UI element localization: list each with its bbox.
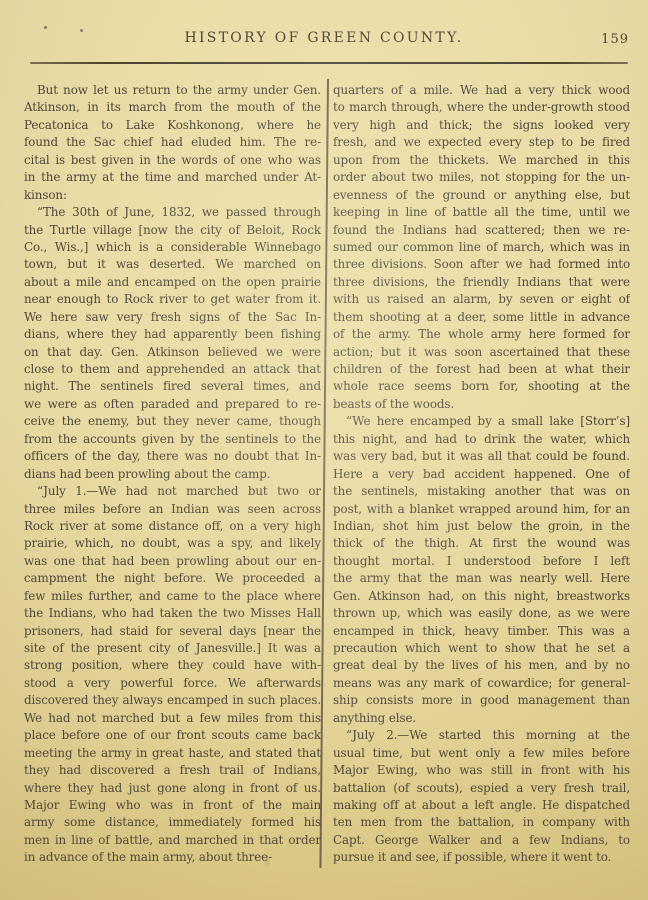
text-line: very high and thick; the signs looked ve… <box>333 117 630 134</box>
text-line: usual time, but went only a few miles be… <box>333 745 630 762</box>
text-line: with us raised an alarm, by seven or eig… <box>333 291 630 308</box>
text-line: encamped in thick, heavy timber. This wa… <box>333 623 630 640</box>
text-line: about a mile and encamped on the open pr… <box>24 274 321 291</box>
text-line: was very bad, but it was all that could … <box>333 448 630 465</box>
text-line: Gen. Atkinson had, on this night, breast… <box>333 588 630 605</box>
running-title: HISTORY OF GREEN COUNTY. <box>30 30 618 46</box>
text-line: We here saw very fresh signs of the Sac … <box>24 309 321 326</box>
text-line: cital is best given in the words of one … <box>24 152 321 169</box>
text-line: night. The sentinels fired several times… <box>24 378 321 395</box>
text-line: close to them and apprehended an attack … <box>24 361 321 378</box>
text-line: Atkinson, in its march from the mouth of… <box>24 99 321 116</box>
text-line: the army that the man was nearly well. H… <box>333 570 630 587</box>
text-line: dians had been prowling about the camp. <box>24 466 321 483</box>
text-line: Co., Wis.,] which is a considerable Winn… <box>24 239 321 256</box>
ink-speck <box>44 26 47 29</box>
text-line: dians, where they had apparently been fi… <box>24 326 321 343</box>
text-line: means was any mark of cowardice; for gen… <box>333 675 630 692</box>
text-line: thick of the thigh. At first the wound w… <box>333 535 630 552</box>
page-number: 159 <box>601 32 629 47</box>
book-page: HISTORY OF GREEN COUNTY. 159 But now let… <box>0 0 648 900</box>
text-line: Indian, shot him just below the groin, i… <box>333 518 630 535</box>
text-line: we were as often paraded and prepared to… <box>24 396 321 413</box>
text-line: Major Ewing, who was still in front with… <box>333 762 630 779</box>
text-line: kinson: <box>24 187 321 204</box>
text-line: beasts of the woods. <box>333 396 630 413</box>
text-line: discovered they always encamped in such … <box>24 692 321 709</box>
text-line: on that day. Gen. Atkinson believed we w… <box>24 344 321 361</box>
text-line: “The 30th of June, 1832, we passed throu… <box>24 204 321 221</box>
text-line: three miles before an Indian was seen ac… <box>24 501 321 518</box>
text-line: found the Indians had scattered; then we… <box>333 222 630 239</box>
header-rule <box>30 62 628 64</box>
text-line: of the army. The whole army here formed … <box>333 326 630 343</box>
text-line: “We here encamped by a small lake [Storr… <box>333 413 630 430</box>
text-line: pursue it and see, if possible, where it… <box>333 849 630 866</box>
text-line: ship consists more in good management th… <box>333 692 630 709</box>
text-line: Here a very bad accident happened. One o… <box>333 466 630 483</box>
text-line: ten men from the battalion, in company w… <box>333 814 630 831</box>
text-line: in advance of the main army, about three… <box>24 849 321 866</box>
text-line: where they had just gone along in front … <box>24 780 321 797</box>
text-line: whole race seems born for, shooting at t… <box>333 378 630 395</box>
text-line: three divisions. Soon after we had forme… <box>333 256 630 273</box>
text-line: order about two miles, not stopping for … <box>333 169 630 186</box>
text-line: thought mortal. I understood before I le… <box>333 553 630 570</box>
text-line: from the accounts given by the sentinels… <box>24 431 321 448</box>
text-line: sumed our common line of march, which wa… <box>333 239 630 256</box>
text-line: meeting the army in great haste, and sta… <box>24 745 321 762</box>
text-line: town, but it was deserted. We marched on <box>24 256 321 273</box>
text-line: to march through, where the under-growth… <box>333 99 630 116</box>
text-line: the Turtle village [now the city of Belo… <box>24 222 321 239</box>
text-line: was one that had been prowling about our… <box>24 553 321 570</box>
text-line: them shooting at a deer, some little in … <box>333 309 630 326</box>
text-line: stood a very powerful force. We afterwar… <box>24 675 321 692</box>
text-line: the sentinels, mistaking another that wa… <box>333 483 630 500</box>
text-line: anything else. <box>333 710 630 727</box>
text-line: “July 2.—We started this morning at the <box>333 727 630 744</box>
text-line: upon from the thickets. We marched in th… <box>333 152 630 169</box>
text-line: Pecatonica to Lake Koshkonong, where he <box>24 117 321 134</box>
text-line: thrown up, which was easily done, as we … <box>333 605 630 622</box>
text-line: officers of the day, there was no doubt … <box>24 448 321 465</box>
text-line: “July 1.—We had not marched but two or <box>24 483 321 500</box>
text-line: near enough to Rock river to get water f… <box>24 291 321 308</box>
text-line: this night, and had to drink the water, … <box>333 431 630 448</box>
text-line: few miles further, and came to the place… <box>24 588 321 605</box>
text-line: But now let us return to the army under … <box>24 82 321 99</box>
text-line: campment the night before. We proceeded … <box>24 570 321 587</box>
text-line: action; but it was soon ascertained that… <box>333 344 630 361</box>
text-line: three divisions, the friendly Indians th… <box>333 274 630 291</box>
text-line: the Indians, who had taken the two Misse… <box>24 605 321 622</box>
text-line: found the Sac chief had eluded him. The … <box>24 134 321 151</box>
text-line: making off at about a left angle. He dis… <box>333 797 630 814</box>
text-line: strong position, where they could have w… <box>24 657 321 674</box>
text-line: keeping in line of battle all the time, … <box>333 204 630 221</box>
text-line: Rock river at some distance off, on a ve… <box>24 518 321 535</box>
text-line: site of the present city of Janesville.]… <box>24 640 321 657</box>
text-line: Major Ewing who was in front of the main <box>24 797 321 814</box>
text-line: ceive the enemy, but they never came, th… <box>24 413 321 430</box>
text-line: children of the forest had been at what … <box>333 361 630 378</box>
text-line: We had not marched but a few miles from … <box>24 710 321 727</box>
text-line: post, with a blanket wrapped around him,… <box>333 501 630 518</box>
text-line: prairie, which, no doubt, was a spy, and… <box>24 535 321 552</box>
text-line: great deal by the lives of his men, and … <box>333 657 630 674</box>
text-line: in the army at the time and marched unde… <box>24 169 321 186</box>
text-line: quarters of a mile. We had a very thick … <box>333 82 630 99</box>
text-line: battalion (of scouts), espied a very fre… <box>333 780 630 797</box>
text-line: precaution which went to show that he se… <box>333 640 630 657</box>
text-line: they had discovered a fresh trail of Ind… <box>24 762 321 779</box>
text-line: Capt. George Walker and a few Indians, t… <box>333 832 630 849</box>
text-line: army some distance, immediately formed h… <box>24 814 321 831</box>
text-line: men in line of battle, and marched in th… <box>24 832 321 849</box>
text-line: place before one of our front scouts cam… <box>24 727 321 744</box>
text-line: fresh, and we expected every step to be … <box>333 134 630 151</box>
text-column-right: quarters of a mile. We had a very thick … <box>333 82 630 867</box>
text-line: evenness of the ground or anything else,… <box>333 187 630 204</box>
text-line: prisoners, had staid for several days [n… <box>24 623 321 640</box>
text-column-left: But now let us return to the army under … <box>24 82 321 867</box>
